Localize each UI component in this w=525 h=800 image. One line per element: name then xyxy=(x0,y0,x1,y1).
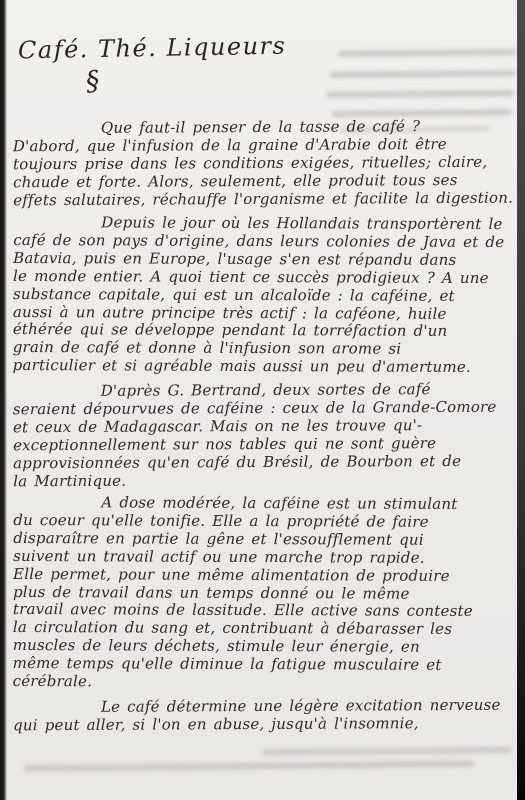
manuscript-line: approvisionnées qu'en café du Brésil, de… xyxy=(13,452,495,472)
paragraph-history: Depuis le jour où les Hollandais transpo… xyxy=(13,213,496,376)
section-flourish-mark: § xyxy=(84,65,101,97)
manuscript-line: effets salutaires, réchauffe l'organisme… xyxy=(13,189,495,209)
scan-edge-left xyxy=(0,0,7,800)
scan-edge-right xyxy=(517,0,525,800)
bleed-line xyxy=(24,761,474,772)
paragraph-excitation: Le café détermine une légère excitation … xyxy=(13,697,495,735)
manuscript-line: substance capitale, qui est un alcaloïde… xyxy=(13,285,495,305)
bleed-line xyxy=(262,747,512,756)
paragraph-intro: Que faut-il penser de la tasse de café ?… xyxy=(13,118,495,210)
paragraph-effects: A dose modérée, la caféine est un stimul… xyxy=(13,494,496,693)
manuscript-line: particulier et si agréable mais aussi un… xyxy=(13,357,495,377)
manuscript-line: le monde entier. A quoi tient ce succès … xyxy=(13,267,495,287)
manuscript-line: qui peut aller, si l'on en abuse, jusqu'… xyxy=(13,715,495,735)
manuscript-line: cérébrale. xyxy=(13,673,495,693)
bleed-line xyxy=(338,49,516,57)
bleed-line xyxy=(332,109,512,117)
paragraph-bertrand: D'après G. Bertrand, deux sortes de café… xyxy=(13,380,496,490)
manuscript-line: la Martinique. xyxy=(13,470,495,490)
manuscript-title: Café. Thé. Liqueurs xyxy=(18,32,287,65)
bleed-line xyxy=(326,90,514,98)
manuscript-line: seraient dépourvues de caféine : ceux de… xyxy=(13,398,495,418)
bleed-line xyxy=(330,70,515,78)
manuscript-body: Que faut-il penser de la tasse de café ?… xyxy=(13,119,495,740)
manuscript-page: Café. Thé. Liqueurs § Que faut-il penser… xyxy=(0,0,525,800)
